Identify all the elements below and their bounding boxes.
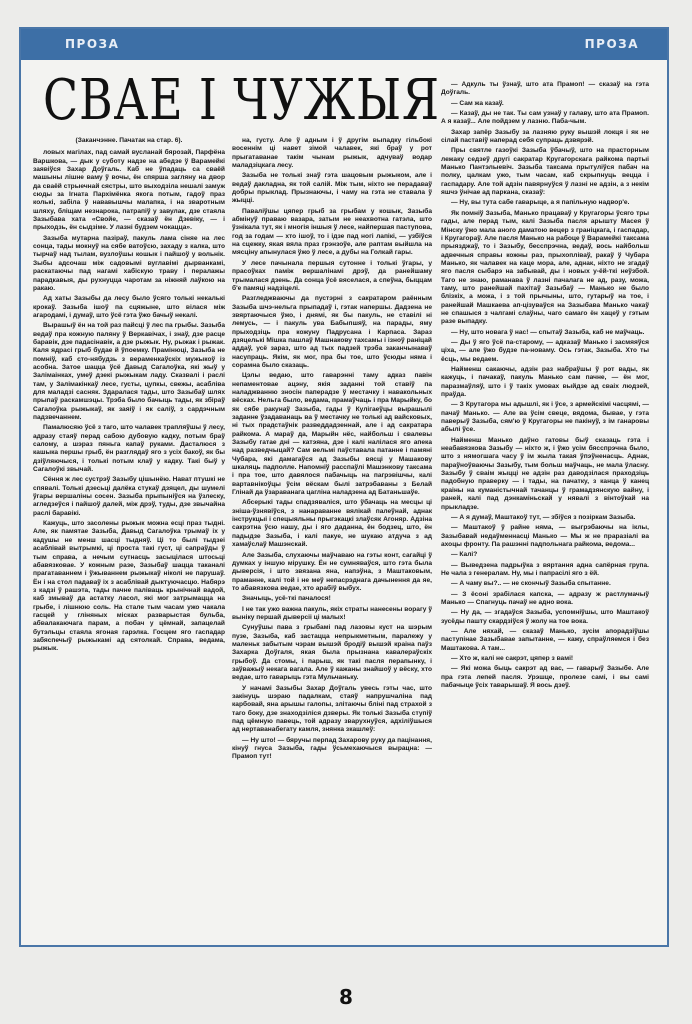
paragraph: Абсерыкі тады спадзяваліся, што ўбачаць … (232, 499, 432, 549)
section-label-right: ПРОЗА (585, 37, 639, 51)
paragraph: Кажуць, што засолены рыжык можна есці пр… (33, 520, 225, 654)
paragraph: — З Крутагора мы адышлі, як і ўсе, з арм… (441, 401, 649, 434)
paragraph: ловых магілах, пад самай вусланай бяроза… (33, 149, 225, 232)
paragraph: — Ну да, — згадаўся Зазыба, успомніўшы, … (441, 609, 649, 626)
paragraph: Як помніў Зазыба, Манько працаваў у Круг… (441, 210, 649, 327)
paragraph: — Маштакоў ў райне няма, — выгрэбаючы на… (441, 524, 649, 549)
page-frame: ПРОЗА ПРОЗА СВАЕ І ЧУЖЫЯ (Заканчэнне. Па… (19, 27, 669, 947)
paragraph: — Выведзена падрыўка з вяртання адна сап… (441, 562, 649, 579)
paragraph: Разгледжваючы да пустэрні з сакратаром р… (232, 295, 432, 370)
paragraph: — Хто ж, калі не сакрэт, цяпер з вамі! (441, 655, 649, 663)
paragraph: — А чаму вы?.. — не скончыў Зазыба спыта… (441, 580, 649, 588)
paragraph: У начамі Зазыбы Захар Доўгаль увесь гэты… (232, 685, 432, 735)
paragraph: — Калі? (441, 551, 649, 559)
paragraph: Найменш Манько даўно гатовы быў сказаць … (441, 437, 649, 512)
paragraph: — Ды ў яго ўсё па-старому, — адказаў Ман… (441, 339, 649, 364)
paragraph: — Ну што! — бяручы перпад Захарову руку … (232, 737, 432, 762)
paragraph: — Ну, што новага ў нас! — спытаў Зазыба,… (441, 329, 649, 337)
text-column-1: (Заканчэнне. Пачатак на стар. 6). ловых … (33, 137, 225, 937)
paragraph: — Ну, вы тута сабе гаварыце, а я папільн… (441, 199, 649, 207)
paragraph: Сёння ж лес сустрэў Зазыбу цішынёю. Нава… (33, 476, 225, 518)
paragraph: Памалюсяю ўсё з таго, што чалавек трапля… (33, 424, 225, 474)
section-header-bar: ПРОЗА ПРОЗА (21, 29, 667, 60)
paragraph: Захар запёр Зазыбу за лазняю руку вышэй … (441, 129, 649, 146)
paragraph: Зазыба мутарна пазіраў, пакуль лама сіня… (33, 235, 225, 293)
paragraph: — Казаў, ды не так. Ты сам узнаў у галав… (441, 110, 649, 127)
paragraph: — Адкуль ты ўзнаў, што ата Прамоп! — ска… (441, 81, 649, 98)
continuation-note: (Заканчэнне. Пачатак на стар. 6). (33, 137, 225, 145)
paragraph: — З ёсоні зрабілася капска, — адразу ж р… (441, 591, 649, 608)
paragraph: Ад хаты Зазыбы да лесу было ўсяго толькі… (33, 295, 225, 320)
paragraph: — А я думаў, Маштакоў тут, — збіўся з по… (441, 514, 649, 522)
paragraph: У лесе пачынала першыя сутонне і толькі … (232, 260, 432, 293)
column-1-paragraphs: ловых магілах, пад самай вусланай бяроза… (33, 149, 225, 653)
paragraph: — Але няхай, — сказаў Манько, зусім апор… (441, 628, 649, 653)
paragraph: — Які можа быць сакрэт ад вас, — гаварыў… (441, 665, 649, 690)
paragraph: на, густу. Але ў адным і ў другім выпадк… (232, 137, 432, 170)
column-3-paragraphs: — Адкуль ты ўзнаў, што ата Прамоп! — ска… (441, 81, 649, 690)
paragraph: Зазыба не толькі знаў гэта шацовым рыжык… (232, 172, 432, 205)
paragraph: Значыць, усё-ткі пачалося! (232, 595, 432, 603)
text-column-2: на, густу. Але ў адным і ў другім выпадк… (232, 137, 432, 937)
page-number: 8 (0, 985, 692, 1009)
article-title: СВАЕ І ЧУЖЫЯ (43, 73, 440, 129)
paragraph: Вырашыў ён на той раз пайсці ў лес па гр… (33, 322, 225, 422)
paragraph: Пры святле газоўкі Зазыба ўбачыў, што на… (441, 147, 649, 197)
paragraph: І не так ужо важна пакуль, якіх страты н… (232, 606, 432, 623)
section-label-left: ПРОЗА (65, 37, 119, 51)
text-column-3: — Адкуль ты ўзнаў, што ата Прамоп! — ска… (441, 81, 649, 943)
paragraph: Паваліўшы цяпер грыб за грыбам у кошык, … (232, 208, 432, 258)
paragraph: — Сам жа казаў. (441, 100, 649, 108)
paragraph: Сунуўшы пава з грыбамі пад лазовы куст н… (232, 624, 432, 682)
column-2-paragraphs: на, густу. Але ў адным і ў другім выпадк… (232, 137, 432, 762)
paragraph: Але Зазыба, слухаючы маўчаваю на гэты ко… (232, 552, 432, 594)
paragraph: Найменш сакаючы, адзін раз набраўшы ў ро… (441, 366, 649, 399)
paragraph: Цэлы ведаю, што гаварэнні таму адказ пав… (232, 372, 432, 497)
